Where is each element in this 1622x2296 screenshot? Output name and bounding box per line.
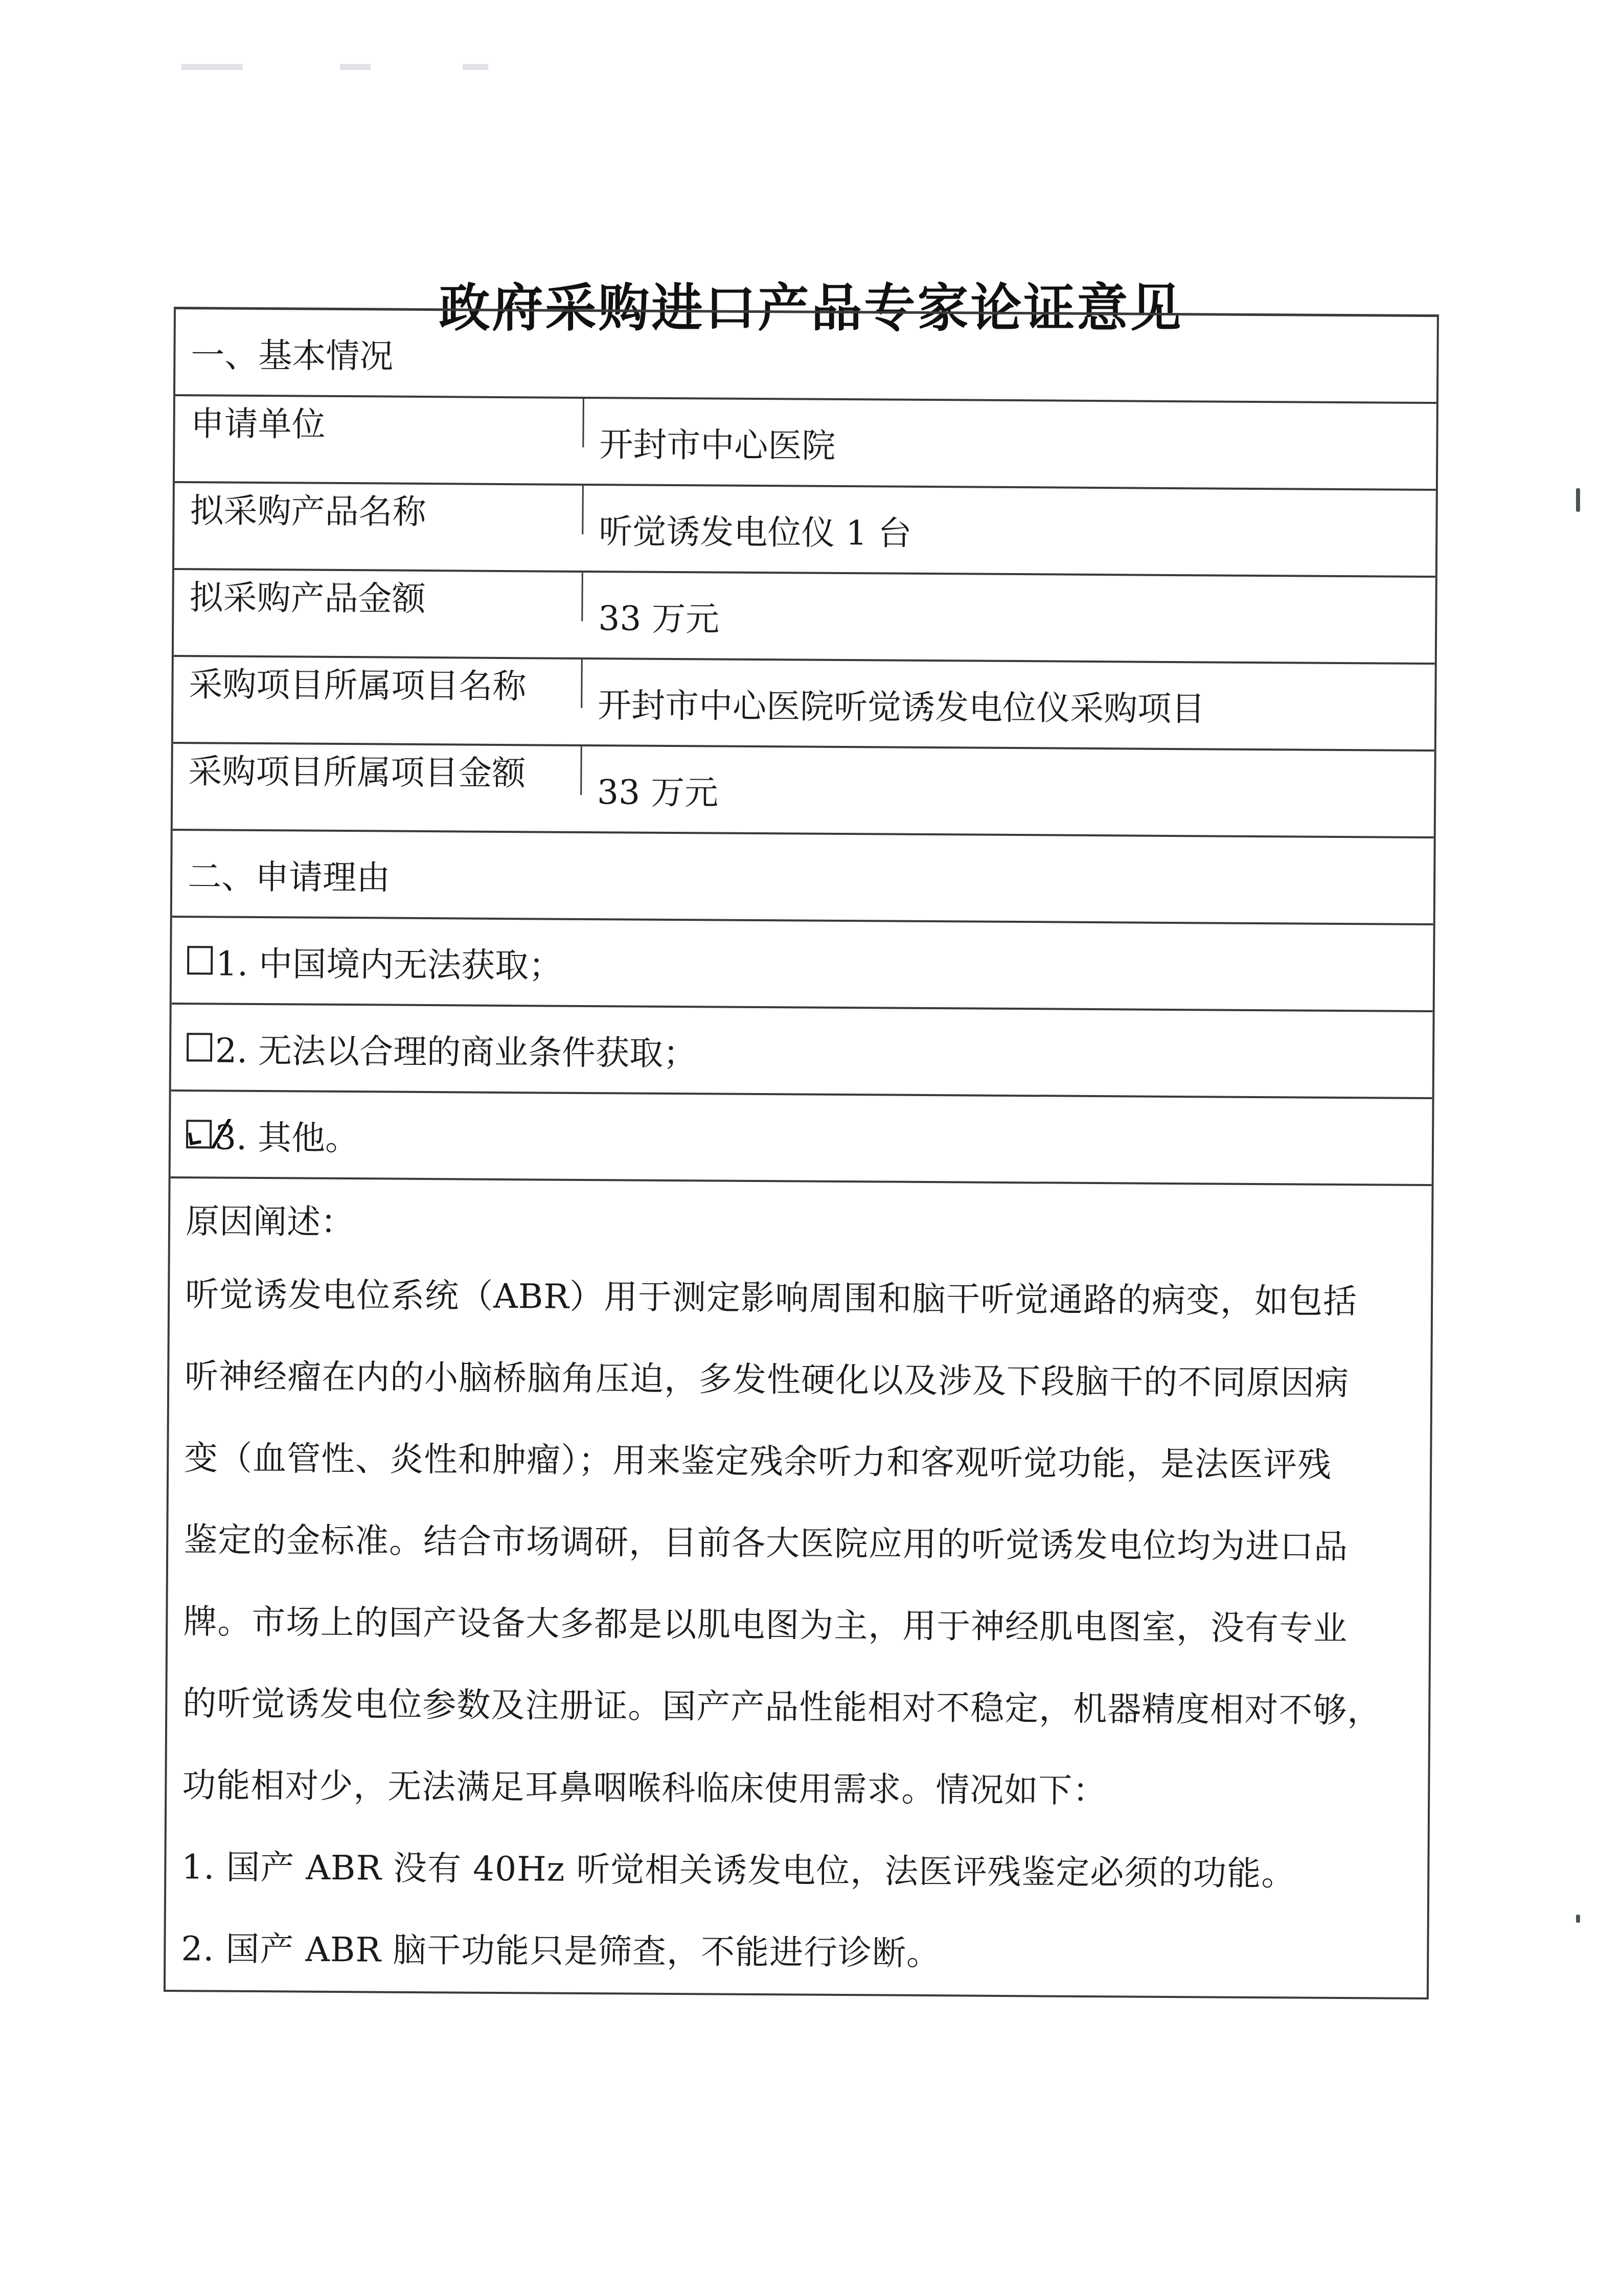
procurement-form-table: 一、基本情况 申请单位 开封市中心医院 拟采购产品名称 听觉诱发电位仪 1 台 …	[164, 307, 1439, 1999]
scan-artifact	[340, 64, 371, 70]
scan-artifact	[181, 64, 243, 70]
reason-explanation-row: 原因阐述： 听觉诱发电位系统（ABR）用于测定影响周围和脑干听觉通路的病变，如包…	[166, 1178, 1432, 1997]
checkbox-unchecked-icon[interactable]	[187, 946, 213, 974]
reason-option-label: 2. 无法以合理的商业条件获取；	[215, 1023, 697, 1075]
reason-paragraph-line: 的听觉诱发电位参数及注册证。国产产品性能相对不稳定，机器精度相对不够，	[182, 1683, 1413, 1732]
field-value-product-amount: 33 万元	[583, 590, 1435, 644]
reason-paragraph-line: 变（血管性、炎性和肿瘤）；用来鉴定残余听力和客观听觉功能，是法医评残	[184, 1438, 1414, 1486]
reason-list-item: 1. 国产 ABR 没有 40Hz 听觉相关诱发电位，法医评残鉴定必须的功能。	[181, 1847, 1412, 1895]
table-row-project-name: 采购项目所属项目名称 开封市中心医院听觉诱发电位仪采购项目	[173, 657, 1435, 752]
reason-option-row-1: 1. 中国境内无法获取；	[172, 918, 1433, 1012]
reason-option-row-3: 3. 其他。	[171, 1092, 1432, 1186]
reason-paragraph-line: 功能相对少，无法满足耳鼻咽喉科临床使用需求。情况如下：	[182, 1765, 1412, 1813]
table-row-applicant: 申请单位 开封市中心医院	[175, 396, 1436, 491]
table-row-project-amount: 采购项目所属项目金额 33 万元	[173, 744, 1434, 838]
field-label: 拟采购产品金额	[174, 570, 583, 621]
field-value-project-name: 开封市中心医院听觉诱发电位仪采购项目	[582, 677, 1435, 731]
table-row-product-name: 拟采购产品名称 听觉诱发电位仪 1 台	[174, 483, 1436, 578]
field-label: 拟采购产品名称	[174, 483, 584, 534]
reason-paragraph-line: 听神经瘤在内的小脑桥脑角压迫，多发性硬化以及涉及下段脑干的不同原因病	[185, 1356, 1415, 1404]
reason-paragraph-line: 牌。市场上的国产设备大多都是以肌电图为主，用于神经肌电图室，没有专业	[183, 1601, 1413, 1650]
reason-option: 3. 其他。	[171, 1109, 1432, 1166]
reason-option-label: 1. 中国境内无法获取；	[216, 936, 563, 987]
reason-explanation: 原因阐述： 听觉诱发电位系统（ABR）用于测定影响周围和脑干听觉通路的病变，如包…	[166, 1178, 1432, 1997]
field-value-applicant: 开封市中心医院	[584, 417, 1436, 470]
field-value-project-amount: 33 万元	[582, 764, 1434, 818]
reason-option-label: 3. 其他。	[215, 1110, 359, 1160]
reason-option-row-2: 2. 无法以合理的商业条件获取；	[171, 1005, 1433, 1099]
reason-paragraph-line: 鉴定的金标准。结合市场调研，目前各大医院应用的听觉诱发电位均为进口品	[184, 1519, 1414, 1568]
scan-artifact	[463, 64, 488, 70]
reason-option: 1. 中国境内无法获取；	[172, 936, 1433, 992]
field-label: 采购项目所属项目金额	[173, 744, 582, 795]
checkbox-checked-icon[interactable]	[186, 1120, 212, 1148]
reason-option: 2. 无法以合理的商业条件获取；	[171, 1022, 1433, 1079]
table-row-product-amount: 拟采购产品金额 33 万元	[174, 570, 1435, 665]
reason-explanation-heading: 原因阐述：	[186, 1194, 1417, 1250]
scan-edge-mark	[1576, 1915, 1580, 1923]
field-label: 采购项目所属项目名称	[173, 657, 583, 708]
section-reason-heading: 二、申请理由	[172, 849, 1434, 905]
section-basic-heading: 一、基本情况	[175, 328, 1437, 384]
section-reason-heading-row: 二、申请理由	[172, 831, 1434, 925]
field-label: 申请单位	[175, 396, 584, 447]
field-value-product-name: 听觉诱发电位仪 1 台	[583, 504, 1436, 557]
section-basic-heading-row: 一、基本情况	[175, 309, 1437, 404]
reason-paragraph-line: 听觉诱发电位系统（ABR）用于测定影响周围和脑干听觉通路的病变，如包括	[185, 1274, 1415, 1323]
reason-list-item: 2. 国产 ABR 脑干功能只是筛查，不能进行诊断。	[181, 1928, 1411, 1977]
scan-edge-mark	[1576, 488, 1580, 512]
checkbox-unchecked-icon[interactable]	[187, 1033, 212, 1061]
